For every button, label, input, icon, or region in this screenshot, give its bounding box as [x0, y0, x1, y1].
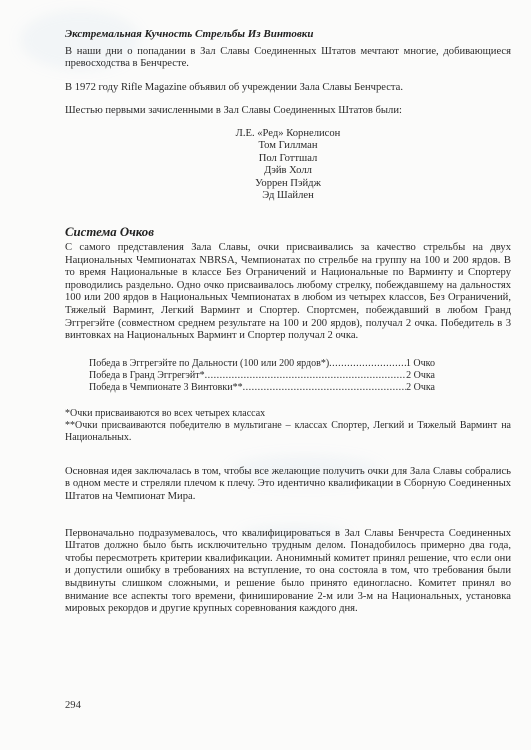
- dot-leader: [329, 358, 406, 370]
- points-value: 1 Очко: [406, 358, 435, 370]
- points-row: Победа в Эггрегэйте по Дальности (100 ил…: [89, 358, 435, 370]
- dot-leader: [243, 382, 407, 394]
- section-heading-points-system: Система Очков: [65, 226, 511, 239]
- points-label: Победа в Гранд Эггрегэйт*: [89, 370, 205, 382]
- points-label: Победа в Эггрегэйте по Дальности (100 ил…: [89, 358, 329, 370]
- paragraph-1972: В 1972 году Rifle Magazine объявил об уч…: [65, 82, 511, 95]
- paragraph-committee: Первоначально подразумевалось, что квали…: [65, 528, 511, 616]
- points-value: 2 Очка: [406, 370, 435, 382]
- points-row: Победа в Чемпионате 3 Винтовки** 2 Очка: [89, 382, 435, 394]
- inductees-list: Л.Е. «Ред» Корнелисон Том Гиллман Пол Го…: [65, 128, 511, 202]
- footnotes: *Очки присваиваются во всех четырех клас…: [65, 408, 511, 444]
- dot-leader: [205, 370, 406, 382]
- footnote-single-asterisk: *Очки присваиваются во всех четырех клас…: [65, 408, 511, 420]
- inductee-name: Том Гиллман: [65, 140, 511, 152]
- paragraph-hall-of-fame-dream: В наши дни о попадании в Зал Славы Соеди…: [65, 46, 511, 71]
- section-heading-extreme-accuracy: Экстремальная Кучность Стрельбы Из Винто…: [65, 28, 511, 41]
- footnote-double-asterisk: **Очки присваиваются победителю в мульти…: [65, 420, 511, 444]
- points-table: Победа в Эггрегэйте по Дальности (100 ил…: [89, 358, 435, 394]
- points-row: Победа в Гранд Эггрегэйт* 2 Очка: [89, 370, 435, 382]
- page-number: 294: [65, 700, 81, 711]
- paragraph-points-intro: С самого представления Зала Славы, очки …: [65, 242, 511, 343]
- paragraph-first-inductees: Шестью первыми зачисленными в Зал Славы …: [65, 105, 511, 118]
- inductee-name: Дэйв Холл: [65, 165, 511, 177]
- inductee-name: Пол Готтшал: [65, 153, 511, 165]
- page-content: Экстремальная Кучность Стрельбы Из Винто…: [65, 28, 511, 616]
- inductee-name: Уоррен Пэйдж: [65, 178, 511, 190]
- paragraph-main-idea: Основная идея заключалась в том, чтобы в…: [65, 466, 511, 504]
- inductee-name: Л.Е. «Ред» Корнелисон: [65, 128, 511, 140]
- points-label: Победа в Чемпионате 3 Винтовки**: [89, 382, 243, 394]
- document-page: Экстремальная Кучность Стрельбы Из Винто…: [0, 0, 531, 750]
- points-value: 2 Очка: [406, 382, 435, 394]
- inductee-name: Эд Шайлен: [65, 190, 511, 202]
